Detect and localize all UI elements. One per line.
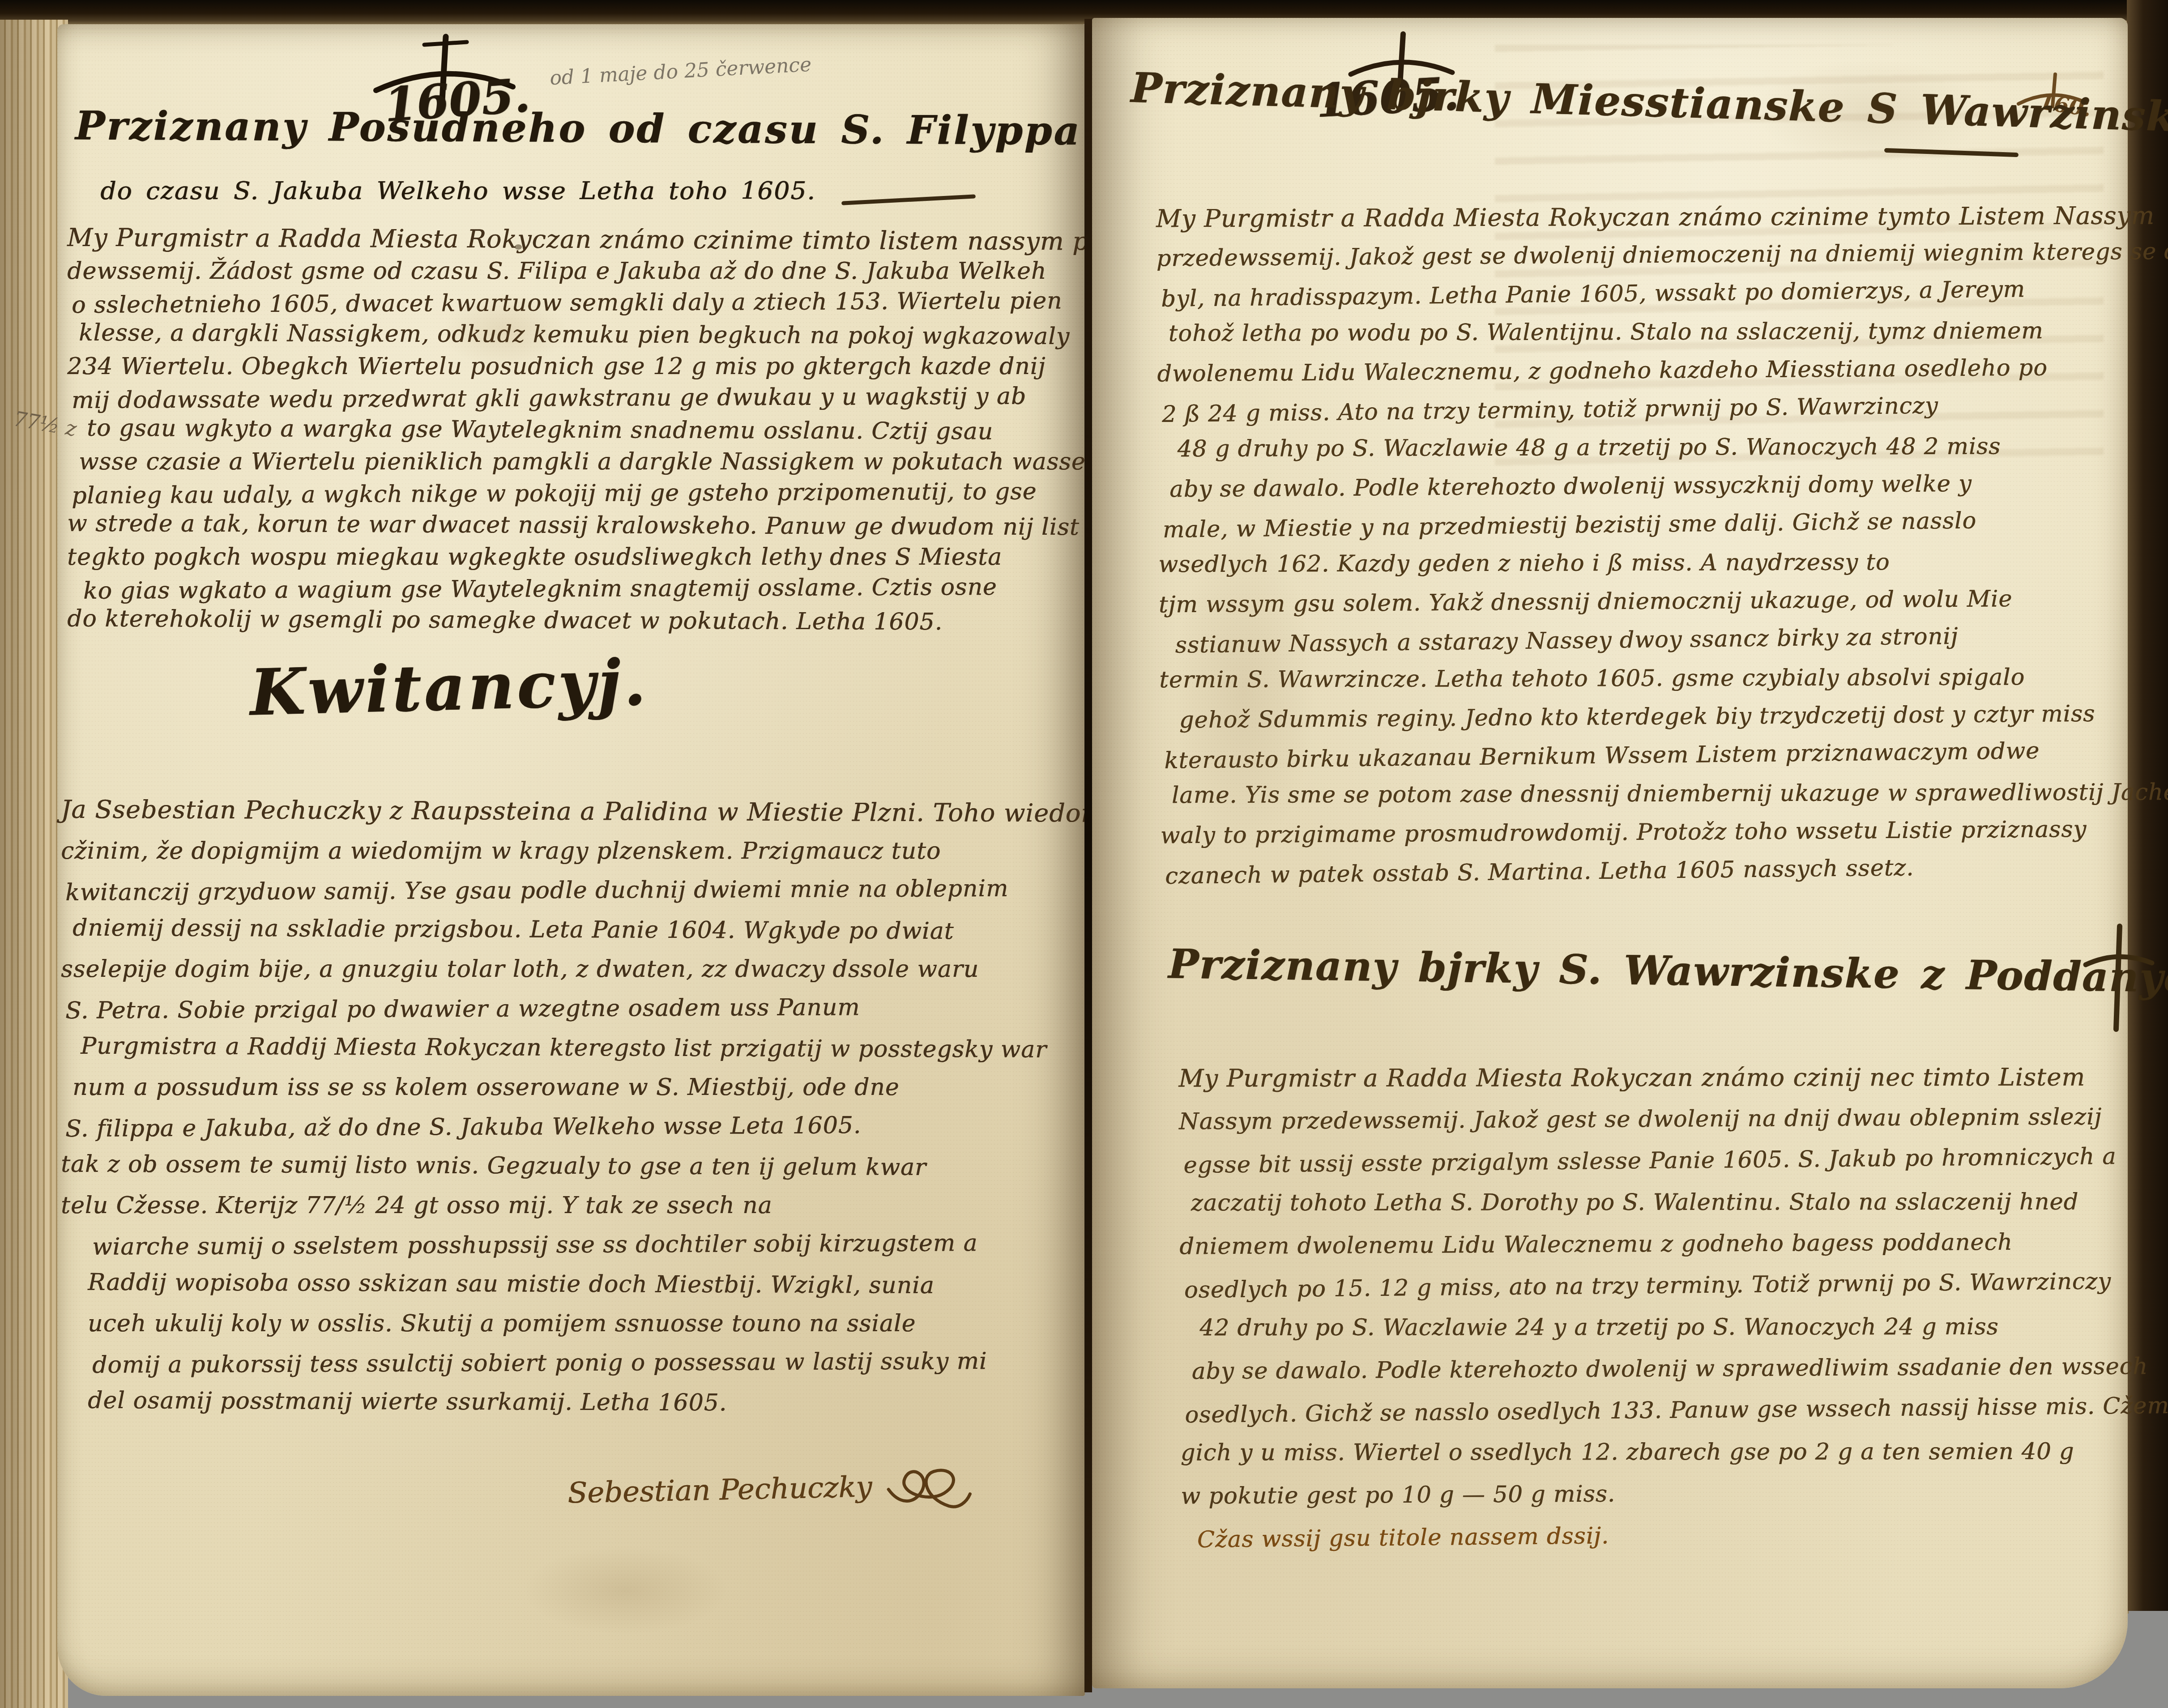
right-page: 1605. 160. Prziznany bjrky Miesstianske … [1092,18,2128,1688]
manuscript-line: sselepije dogim bije, a gnuzgiu tolar lo… [61,950,1077,989]
manuscript-line: planieg kau udaly, a wgkch nikge w pokoj… [72,476,1084,512]
ink-speck [515,244,522,250]
manuscript-line: My Purgmistr a Radda Miesta Rokyczan zná… [1178,1056,2127,1099]
manuscript-line: egsse bit ussij esste przigalym sslesse … [1183,1136,2133,1186]
manuscript-line: S. Petra. Sobie przigal po dwawier a wze… [65,987,1081,1031]
manuscript-line: osedlych. Gichž se nasslo osedlych 133. … [1185,1385,2134,1436]
manuscript-line: osedlych po 15. 12 g miss, ato na trzy t… [1184,1261,2133,1311]
manuscript-line: gich y u miss. Wiertel o ssedlych 12. zb… [1181,1431,2130,1474]
heading-cross-flourish-icon [2077,922,2157,1038]
left-title-line2: do czasu S. Jakuba Welkeho wsse Letha to… [100,176,815,205]
manuscript-line: dniemem dwolenemu Lidu Walecznemu z godn… [1179,1221,2128,1267]
manuscript-line: num a possudum iss se ss kolem osserowan… [73,1068,1077,1107]
manuscript-line: tohož letha po wodu po S. Walentijnu. St… [1169,312,2110,354]
manuscript-line: My Purgmistr a Radda Miesta Rokyczan zná… [67,222,1080,258]
manuscript-line: Nassym przedewssemij. Jakož gest se dwol… [1179,1096,2128,1142]
manuscript-line: w pokutie gest po 10 g — 50 g miss. [1181,1470,2130,1517]
manuscript-line: Cžas wssij gsu titole nassem dssij. [1197,1510,2134,1561]
manuscript-line: w strede a tak, korun te war dwacet nass… [67,508,1080,544]
manuscript-line: Purgmistra a Raddij Miesta Rokyczan kter… [81,1027,1077,1070]
manuscript-line: Raddij wopisoba osso sskizan sau mistie … [88,1263,1077,1306]
manuscript-line: 234 Wiertelu. Obegkch Wiertelu posudnich… [67,351,1080,383]
manuscript-line: telu Cžesse. Kterijz 77/½ 24 gt osso mij… [61,1186,1077,1225]
kwitancyj-heading: Kwitancyj. [249,645,649,730]
underline-flourish [841,194,976,205]
right-body-paragraph-2: My Purgmistr a Radda Miesta Rokyczan zná… [1178,1054,2130,1559]
manuscript-line: dniemij dessij na sskladie przigsbou. Le… [73,908,1077,952]
manuscript-line: My Purgmistr a Radda Miesta Rokyczan zná… [1156,196,2109,238]
manuscript-line: wsedlych 162. Kazdy geden z nieho i ß mi… [1158,543,2112,584]
paper-stain [523,1546,729,1635]
manuscript-line: zaczatij tohoto Letha S. Dorothy po S. W… [1191,1181,2128,1224]
center-gutter-fold [1084,19,1092,1692]
manuscript-line: to gsau wgkyto a wargka gse Waytelegknim… [87,413,1080,448]
manuscript-line: cžinim, že dopigmijm a wiedomijm w kragy… [61,831,1077,871]
manuscript-line: tegkto pogkch wospu miegkau wgkegkte osu… [67,541,1080,573]
left-body-paragraph-1: My Purgmistr a Radda Miesta Rokyczan zná… [67,224,1080,637]
manuscript-line: kwitanczij grzyduow samij. Yse gsau podl… [65,869,1081,912]
manuscript-line: do kterehokolij w gsemgli po samegke dwa… [67,603,1080,639]
manuscript-line: uceh ukulij koly w osslis. Skutij a pomi… [88,1304,1077,1343]
manuscript-line: Ja Ssebestian Pechuczky z Raupssteina a … [61,790,1077,834]
manuscript-book-spread: 1605. od 1 maje do 25 čerwence Prziznany… [0,0,2168,1708]
signature-text: Sebestian Pechuczky [567,1470,872,1510]
manuscript-line: wiarche sumij o sselstem posshupssij sse… [92,1223,1081,1267]
heading-dash-flourish [1884,148,2019,157]
manuscript-line: termin S. Wawrzincze. Letha tehoto 1605.… [1159,658,2113,700]
manuscript-line: aby se dawalo. Podle kterehozto dwolenij… [1192,1346,2129,1392]
manuscript-line: S. filippa e Jakuba, až do dne S. Jakuba… [65,1105,1081,1149]
manuscript-line: mij dodawssate wedu przedwrat gkli gawks… [72,380,1084,417]
manuscript-line: ko gias wgkato a wagium gse Waytelegknim… [83,571,1084,607]
manuscript-line: lame. Yis sme se potom zase dnessnij dni… [1172,774,2113,815]
manuscript-line: 48 g druhy po S. Waczlawie 48 g a trzeti… [1177,427,2111,469]
manuscript-line: o sslechetnieho 1605, dwacet kwartuow se… [72,285,1084,321]
manuscript-line: del osamij posstmanij wierte ssurkamij. … [88,1381,1077,1424]
right-heading-1: Prziznany bjrky Miesstianske S Wawrzinsk… [1130,64,2168,146]
signature-sebestian-pechuczky: Sebestian Pechuczky [567,1448,975,1528]
manuscript-line: dewssemij. Žádost gsme od czasu S. Filip… [67,256,1080,287]
manuscript-line: tak z ob ossem te sumij listo wnis. Gegz… [61,1145,1077,1188]
pencil-date-note: od 1 maje do 25 čerwence [549,53,812,90]
right-heading-2: Prziznany bjrky S. Wawrzinske z Poddanyc… [1168,940,2168,1005]
manuscript-line: klesse, a dargkli Nassigkem, odkudz kemu… [79,317,1080,353]
left-body-paragraph-2: Ja Ssebestian Pechuczky z Raupssteina a … [61,792,1077,1422]
manuscript-line: domij a pukorssij tess ssulctij sobiert … [92,1341,1081,1385]
left-page: 1605. od 1 maje do 25 čerwence Prziznany… [57,24,1085,1696]
signature-paraph-flourish [884,1448,975,1521]
manuscript-line: wsse czasie a Wiertelu pieniklich pamgkl… [79,446,1080,478]
right-body-paragraph-1: My Purgmistr a Radda Miesta Rokyczan zná… [1156,195,2114,894]
manuscript-line: 42 druhy po S. Waczlawie 24 y a trzetij … [1199,1306,2129,1349]
